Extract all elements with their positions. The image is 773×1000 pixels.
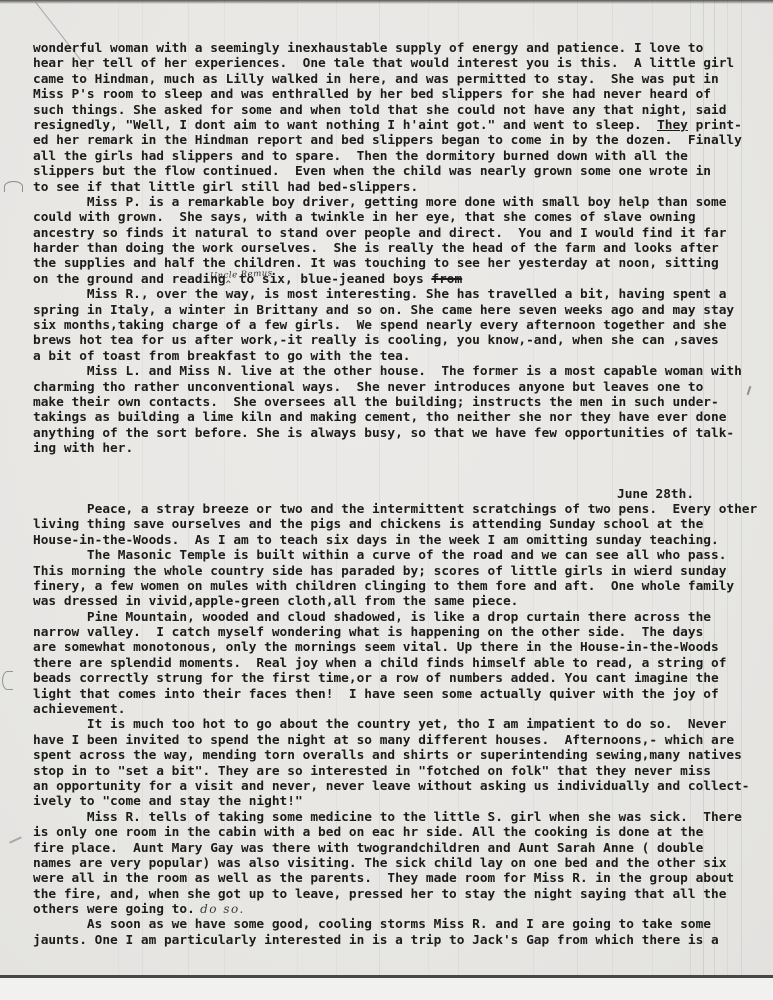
typed-text: This morning the whole country side has … <box>33 564 726 579</box>
typed-text: names are very popular) was also visitin… <box>33 856 726 871</box>
typed-line: ively to "come and stay the night!" <box>33 794 763 809</box>
typed-line: have I been invited to spend the night a… <box>33 733 763 748</box>
typed-line: As soon as we have some good, cooling st… <box>33 917 763 932</box>
typed-line: an opportunity for a visit and never, ne… <box>33 779 763 794</box>
typed-line: spent across the way, mending torn overa… <box>33 748 763 763</box>
para-miss-r-medicine: Miss R. tells of taking some medicine to… <box>33 810 763 918</box>
typed-line: fire place. Aunt Mary Gay was there with… <box>33 841 763 856</box>
typed-text: a bit of toast from breakfast to go with… <box>33 349 411 364</box>
typed-text: there are splendid moments. Real joy whe… <box>33 656 726 671</box>
para-peace: Peace, a stray breeze or two and the int… <box>33 502 763 548</box>
para-too-hot: It is much too hot to go about the count… <box>33 717 763 809</box>
typed-line: ed her remark in the Hindman report and … <box>33 133 763 148</box>
typed-text: the supplies and half the children. It w… <box>33 256 719 271</box>
typed-line: beads correctly strung for the first tim… <box>33 671 763 686</box>
typed-text: achievement. <box>33 702 125 717</box>
typed-line: anything of the sort before. She is alwa… <box>33 426 763 441</box>
typed-text: was dressed in vivid,apple-green cloth,a… <box>33 594 518 609</box>
typed-line: the fire, and, when she got up to leave,… <box>33 887 763 902</box>
typed-text: six months,taking charge of a few girls.… <box>33 318 726 333</box>
typed-text: Miss R., over the way, is most interesti… <box>33 287 726 302</box>
typed-text: make their own contacts. She oversees al… <box>33 395 719 410</box>
para-masonic-temple: The Masonic Temple is built within a cur… <box>33 548 763 610</box>
typed-text: ing with her. <box>33 441 133 456</box>
typed-line: is only one room in the cabin with a bed… <box>33 825 763 840</box>
typed-line: to see if that little girl still had bed… <box>33 180 763 195</box>
typed-line: are somewhat monotonous, only the mornin… <box>33 640 763 655</box>
typed-line: Miss P. is a remarkable boy driver, gett… <box>33 195 763 210</box>
typed-text: are somewhat monotonous, only the mornin… <box>33 640 719 655</box>
typed-text: such things. She asked for some and when… <box>33 103 726 118</box>
text-flow: wonderful woman with a seemingly inexhau… <box>33 41 763 948</box>
typed-text: charming tho rather unconventional ways.… <box>33 380 703 395</box>
typed-text: hear her tell of her experiences. One ta… <box>33 56 734 71</box>
typed-text: It is much too hot to go about the count… <box>33 717 726 732</box>
scanner-background <box>0 978 773 1000</box>
para-miss-r: Miss R., over the way, is most interesti… <box>33 287 763 364</box>
typed-line: a bit of toast from breakfast to go with… <box>33 349 763 364</box>
typed-text: living thing save ourselves and the pigs… <box>33 517 703 532</box>
typed-line: Peace, a stray breeze or two and the int… <box>33 502 763 517</box>
typed-line: House-in-the-Woods. As I am to teach six… <box>33 533 763 548</box>
typed-line: on the ground and reading^Uncle Remus to… <box>33 272 763 287</box>
typed-text: print- <box>688 118 742 133</box>
typed-line: takings as building a lime kiln and maki… <box>33 410 763 425</box>
typed-text: spent across the way, mending torn overa… <box>33 748 742 763</box>
typed-text: the fire, and, when she got up to leave,… <box>33 887 726 902</box>
typed-line: resignedly, "Well, I dont aim to want no… <box>33 118 763 133</box>
typed-line: spring in Italy, a winter in Brittany an… <box>33 303 763 318</box>
typed-text: Miss P. is a remarkable boy driver, gett… <box>33 195 726 210</box>
typed-line: were all in the room as well as the pare… <box>33 871 763 886</box>
typed-line: there are splendid moments. Real joy whe… <box>33 656 763 671</box>
typed-text: takings as building a lime kiln and maki… <box>33 410 726 425</box>
typed-text: Miss R. tells of taking some medicine to… <box>33 810 742 825</box>
typed-text: were all in the room as well as the pare… <box>33 871 734 886</box>
pencil-mark-left-lower <box>2 671 13 690</box>
typed-line: The Masonic Temple is built within a cur… <box>33 548 763 563</box>
underlined-text: They <box>657 118 688 133</box>
para-wonderful-woman: wonderful woman with a seemingly inexhau… <box>33 41 763 195</box>
typed-text: light that comes into their faces then! … <box>33 687 719 702</box>
typed-line: came to Hindman, much as Lilly walked in… <box>33 72 763 87</box>
typed-text: all the girls had slippers and to spare.… <box>33 149 688 164</box>
typed-text: Pine Mountain, wooded and cloud shadowed… <box>33 610 711 625</box>
typed-text: came to Hindman, much as Lilly walked in… <box>33 72 719 87</box>
typed-line: others were going to. do so. <box>33 902 763 917</box>
typed-line: Pine Mountain, wooded and cloud shadowed… <box>33 610 763 625</box>
para-miss-p: Miss P. is a remarkable boy driver, gett… <box>33 195 763 287</box>
typed-text: on the ground and reading <box>33 272 226 287</box>
typed-line: ing with her. <box>33 441 763 456</box>
typed-line: charming tho rather unconventional ways.… <box>33 380 763 395</box>
typed-text: harder than doing the work ourselves. Sh… <box>33 241 719 256</box>
typed-text: anything of the sort before. She is alwa… <box>33 426 734 441</box>
typed-text: Miss L. and Miss N. live at the other ho… <box>33 364 742 379</box>
typed-line: It is much too hot to go about the count… <box>33 717 763 732</box>
typed-line: ancestry so finds it natural to stand ov… <box>33 226 763 241</box>
typed-line: was dressed in vivid,apple-green cloth,a… <box>33 594 763 609</box>
typed-text: The Masonic Temple is built within a cur… <box>33 548 726 563</box>
typed-line: This morning the whole country side has … <box>33 564 763 579</box>
typed-text: narrow valley. I catch myself wondering … <box>33 625 703 640</box>
typed-line: finery, a few women on mules with childr… <box>33 579 763 594</box>
typed-text: an opportunity for a visit and never, ne… <box>33 779 750 794</box>
typed-text: to see if that little girl still had bed… <box>33 180 418 195</box>
typed-text: stop in to "set a bit". They are so inte… <box>33 764 711 779</box>
typed-line: brews hot tea for us after work,-it real… <box>33 333 763 348</box>
typed-line: jaunts. One I am particularly interested… <box>33 933 763 948</box>
para-miss-l-and-n: Miss L. and Miss N. live at the other ho… <box>33 364 763 456</box>
typed-text: have I been invited to spend the night a… <box>33 733 734 748</box>
typed-text: finery, a few women on mules with childr… <box>33 579 734 594</box>
typed-text: beads correctly strung for the first tim… <box>33 671 719 686</box>
para-jaunts: As soon as we have some good, cooling st… <box>33 917 763 948</box>
paragraph-gap <box>33 457 763 487</box>
typed-line: stop in to "set a bit". They are so inte… <box>33 764 763 779</box>
typed-line: make their own contacts. She oversees al… <box>33 395 763 410</box>
typed-line: Miss R., over the way, is most interesti… <box>33 287 763 302</box>
typed-text: is only one room in the cabin with a bed… <box>33 825 703 840</box>
typed-line: Miss P's room to sleep and was enthralle… <box>33 87 763 102</box>
scan-top-edge <box>0 0 773 4</box>
handwritten-text: do so. <box>195 902 245 916</box>
typed-text: could with grown. She says, with a twink… <box>33 210 696 225</box>
typed-text: jaunts. One I am particularly interested… <box>33 933 719 948</box>
typed-text: brews hot tea for us after work,-it real… <box>33 333 719 348</box>
typed-line: slippers but the flow continued. Even wh… <box>33 164 763 179</box>
typed-line: six months,taking charge of a few girls.… <box>33 318 763 333</box>
typed-line: Miss L. and Miss N. live at the other ho… <box>33 364 763 379</box>
typed-line: wonderful woman with a seemingly inexhau… <box>33 41 763 56</box>
para-pine-mountain: Pine Mountain, wooded and cloud shadowed… <box>33 610 763 718</box>
date-line: June 28th. <box>617 487 763 502</box>
typed-text: fire place. Aunt Mary Gay was there with… <box>33 841 703 856</box>
typed-text: spring in Italy, a winter in Brittany an… <box>33 303 734 318</box>
typed-text: wonderful woman with a seemingly inexhau… <box>33 41 703 56</box>
typed-line: could with grown. She says, with a twink… <box>33 210 763 225</box>
typed-line: names are very popular) was also visitin… <box>33 856 763 871</box>
typed-line: the supplies and half the children. It w… <box>33 256 763 271</box>
typed-line: achievement. <box>33 702 763 717</box>
typed-line: narrow valley. I catch myself wondering … <box>33 625 763 640</box>
typed-text: slippers but the flow continued. Even wh… <box>33 164 711 179</box>
typed-line: harder than doing the work ourselves. Sh… <box>33 241 763 256</box>
letter-paper: wonderful woman with a seemingly inexhau… <box>0 0 773 978</box>
caret-mark: ^Uncle Remus <box>226 280 231 290</box>
typed-text: ancestry so finds it natural to stand ov… <box>33 226 726 241</box>
typed-line: light that comes into their faces then! … <box>33 687 763 702</box>
typed-text: House-in-the-Woods. As I am to teach six… <box>33 533 719 548</box>
typed-text: ed her remark in the Hindman report and … <box>33 133 742 148</box>
typed-text: Peace, a stray breeze or two and the int… <box>33 502 757 517</box>
typed-text: resignedly, "Well, I dont aim to want no… <box>33 118 657 133</box>
pencil-mark-left-bottom <box>9 836 22 843</box>
typed-line: all the girls had slippers and to spare.… <box>33 149 763 164</box>
typed-text: As soon as we have some good, cooling st… <box>33 917 711 932</box>
typed-line: such things. She asked for some and when… <box>33 103 763 118</box>
pencil-mark-left-upper <box>4 181 23 192</box>
typed-line: Miss R. tells of taking some medicine to… <box>33 810 763 825</box>
handwritten-insert-note: Uncle Remus <box>209 266 272 285</box>
struck-text: from <box>431 272 462 287</box>
typed-line: living thing save ourselves and the pigs… <box>33 517 763 532</box>
typed-text: Miss P's room to sleep and was enthralle… <box>33 87 711 102</box>
scanned-letter-screenshot: { "document": { "kind": "typewritten-let… <box>0 0 773 1000</box>
typed-text: others were going to. <box>33 902 195 917</box>
typed-line: hear her tell of her experiences. One ta… <box>33 56 763 71</box>
typed-text: ively to "come and stay the night!" <box>33 794 303 809</box>
